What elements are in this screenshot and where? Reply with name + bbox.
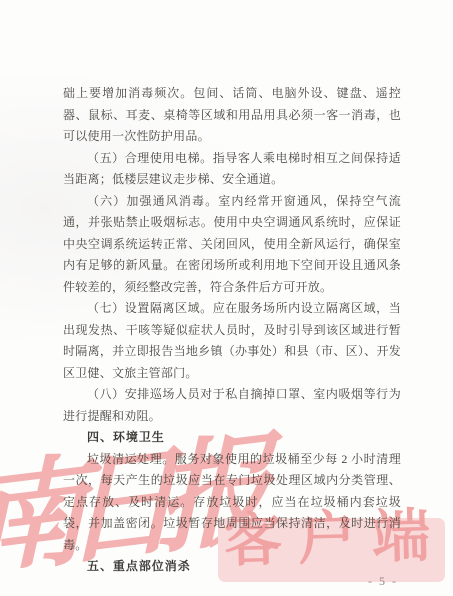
- section-heading-5-key-areas: 五、重点部位消杀: [63, 556, 401, 578]
- document-body: 础上要增加消毒频次。包间、话筒、电脑外设、键盘、遥控器、鼠标、耳麦、桌椅等区域和…: [63, 83, 401, 578]
- page-number: - 5 -: [368, 574, 398, 589]
- document-page: 南日报 客户端 础上要增加消毒频次。包间、话筒、电脑外设、键盘、遥控器、鼠标、耳…: [0, 0, 453, 596]
- paragraph-garbage-disposal: 垃圾清运处理。服务对象使用的垃圾桶至少每 2 小时清理一次，每天产生的垃圾应当在…: [63, 449, 401, 557]
- paragraph-item-6: （六）加强通风消毒。室内经常开窗通风，保持空气流通，并张贴禁止吸烟标志。使用中央…: [63, 191, 401, 299]
- section-heading-4-environment: 四、环境卫生: [63, 427, 401, 449]
- paragraph-item-8: （八）安排巡场人员对于私自摘掉口罩、室内吸烟等行为进行提醒和劝阻。: [63, 384, 401, 427]
- paragraph-continuation: 础上要增加消毒频次。包间、话筒、电脑外设、键盘、遥控器、鼠标、耳麦、桌椅等区域和…: [63, 83, 401, 148]
- paragraph-item-7: （七）设置隔离区域。应在服务场所内设立隔离区域，当出现发热、干咳等疑似症状人员时…: [63, 298, 401, 384]
- paragraph-item-5: （五）合理使用电梯。指导客人乘电梯时相互之间保持适当距离；低楼层建议走步梯、安全…: [63, 148, 401, 191]
